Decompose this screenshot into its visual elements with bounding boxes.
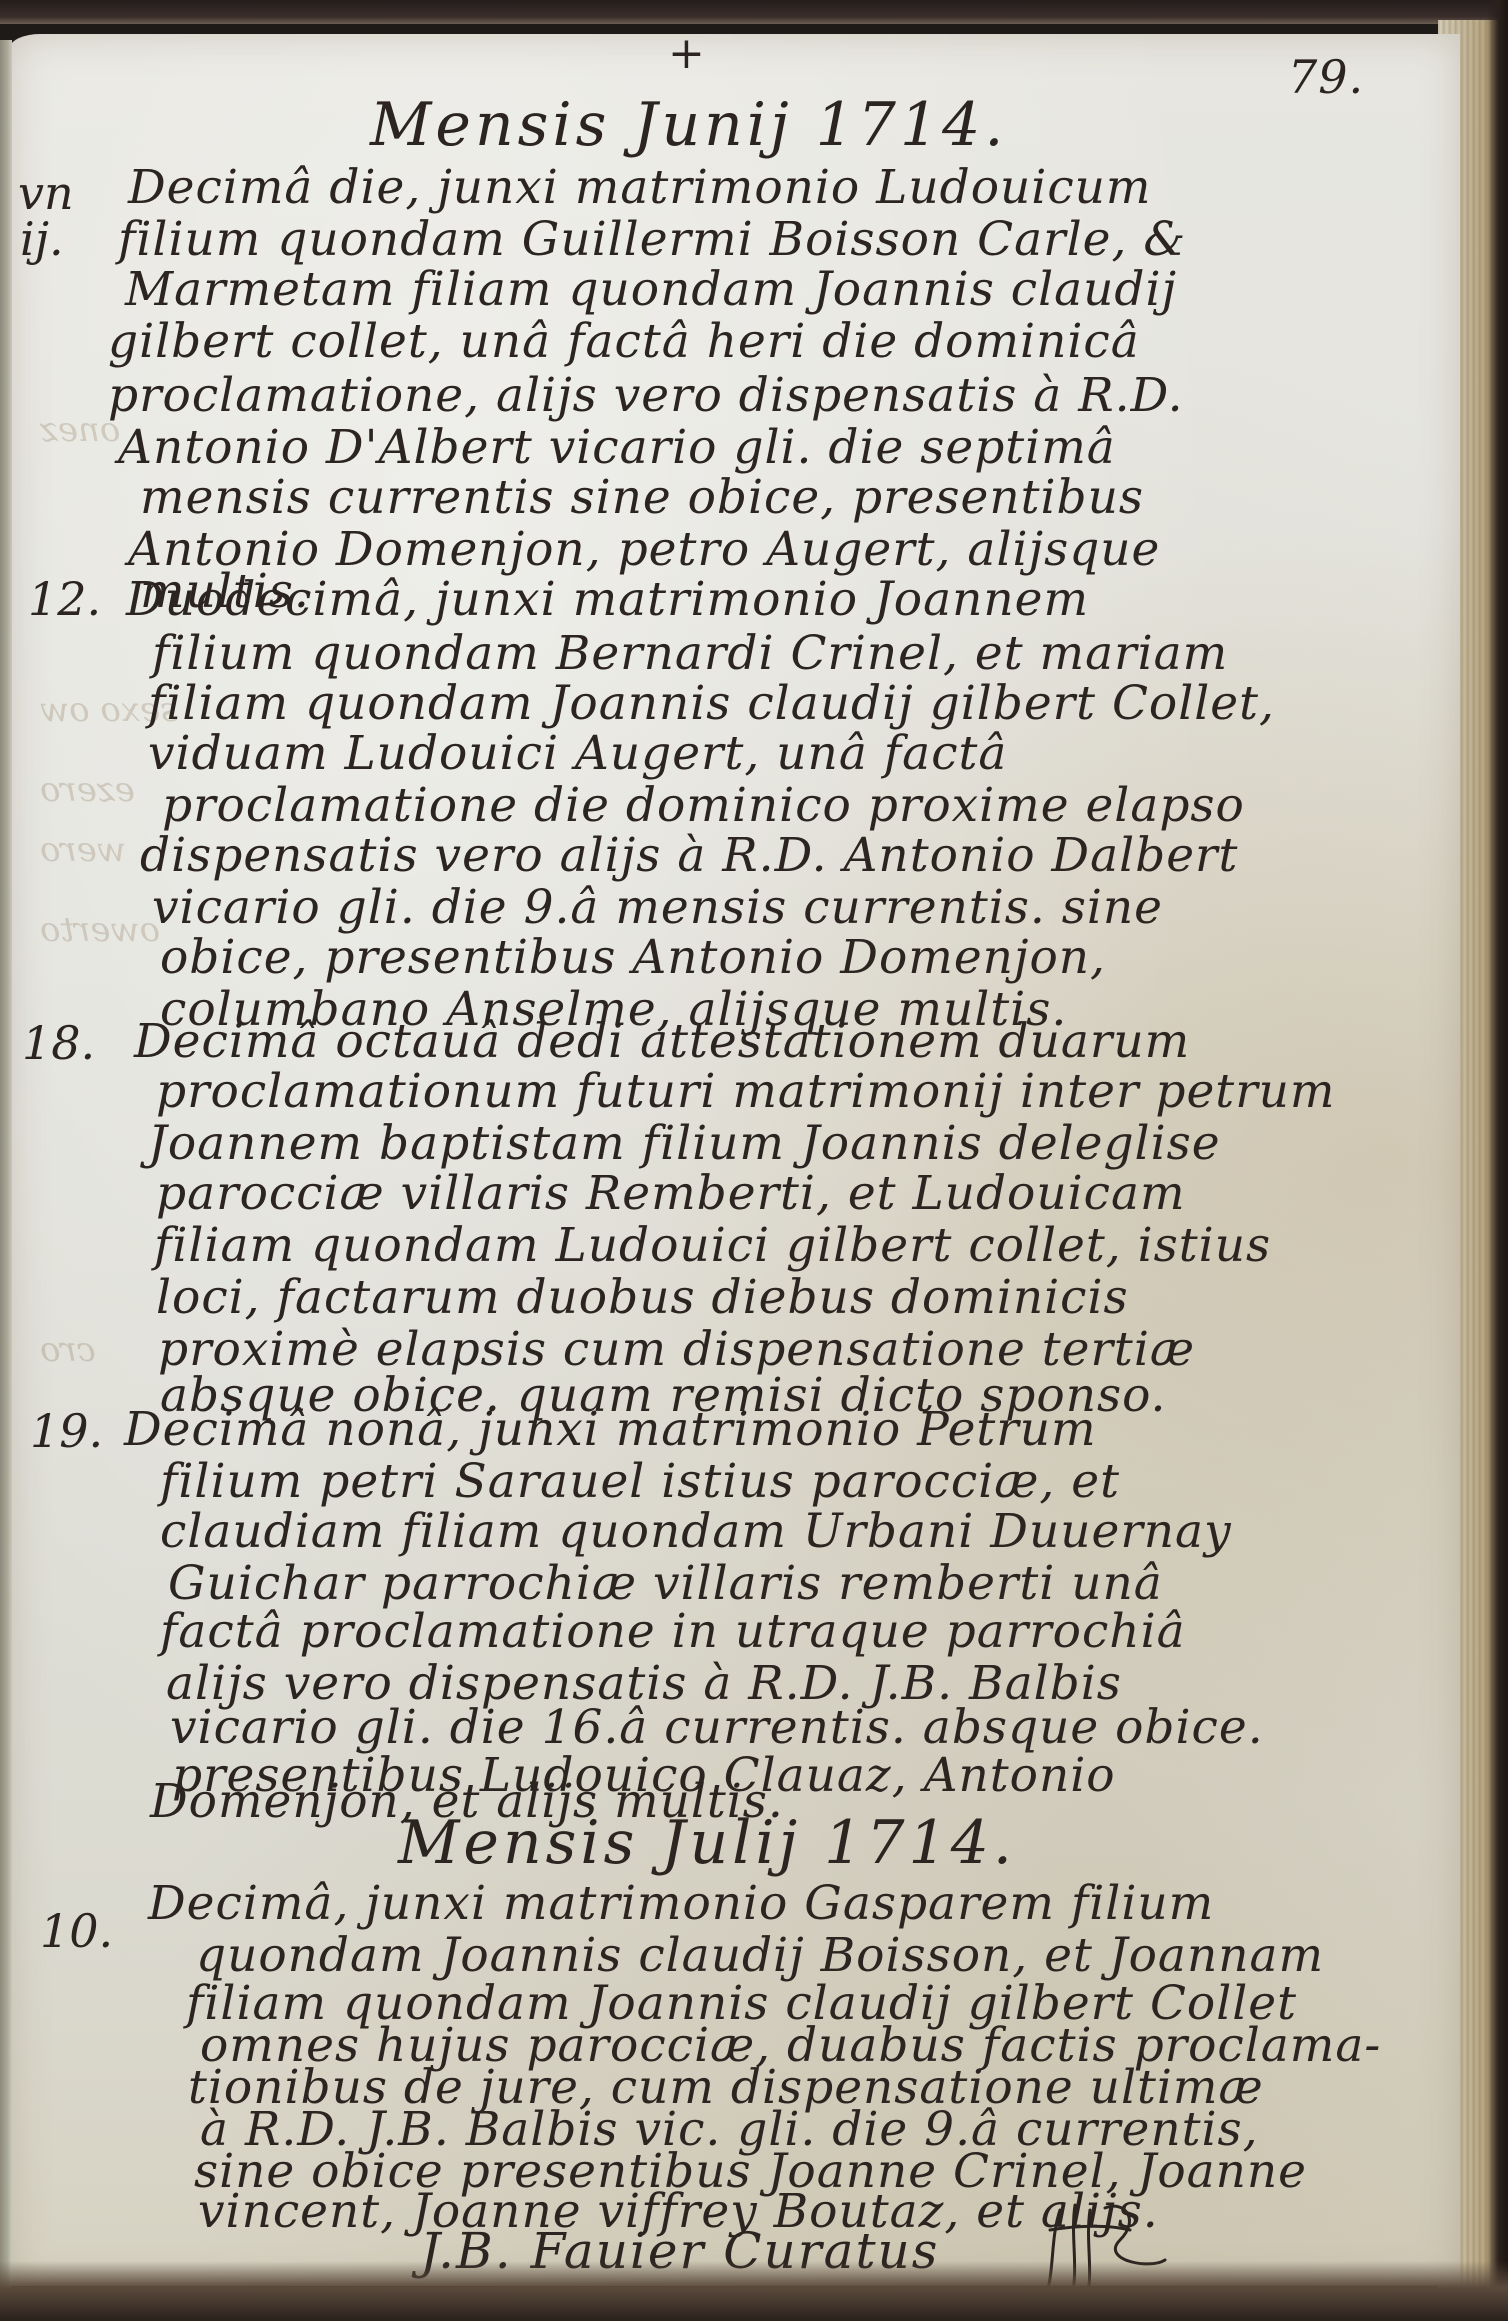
entry-line: Decimâ octauâ dedi attestationem duarum xyxy=(134,1018,1190,1065)
bleed-through-text: owerto xyxy=(40,910,160,950)
entry-margin-label: 18. xyxy=(22,1016,95,1070)
entry-line: proclamationum futuri matrimonij inter p… xyxy=(156,1068,1336,1115)
entry-line: obice, presentibus Antonio Domenjon, xyxy=(160,934,1106,981)
entry-line: proclamatione, alijs vero dispensatis à … xyxy=(108,372,1184,419)
bleed-through-text: cro xyxy=(40,1330,96,1370)
entry-line: Duodecimâ, junxi matrimonio Joannem xyxy=(126,576,1089,623)
manuscript-scan: onez sexo ow ezero wero owerto cro + 79.… xyxy=(0,0,1508,2321)
cross-mark: + xyxy=(668,28,706,79)
entry-margin-label: 19. xyxy=(30,1404,103,1458)
entry-line: quondam Joannis claudij Boisson, et Joan… xyxy=(196,1932,1324,1979)
entry-line: filium petri Sarauel istius parocciæ, et xyxy=(160,1458,1120,1505)
section-heading-june: Mensis Junij 1714. xyxy=(370,90,1007,160)
entry-line: Marmetam filiam quondam Joannis claudij xyxy=(125,266,1177,313)
entry-line: filiam quondam Joannis claudij gilbert C… xyxy=(148,680,1275,727)
entry-line: vicario gli. die 9.â mensis currentis. s… xyxy=(152,884,1163,931)
section-heading-july: Mensis Julij 1714. xyxy=(398,1808,1016,1878)
entry-line: filium quondam Guillermi Boisson Carle, … xyxy=(118,216,1186,263)
entry-line: gilbert collet, unâ factâ heri die domin… xyxy=(108,318,1140,365)
bleed-through-text: wero xyxy=(40,830,126,870)
entry-line: loci, factarum duobus diebus dominicis xyxy=(156,1274,1129,1321)
entry-line: dispensatis vero alijs à R.D. Antonio Da… xyxy=(140,832,1238,879)
left-page-edge xyxy=(0,40,12,2321)
entry-line: viduam Ludouici Augert, unâ factâ xyxy=(148,730,1007,777)
entry-line: Joannem baptistam filium Joannis delegli… xyxy=(148,1120,1221,1167)
entry-line: claudiam filiam quondam Urbani Duuernay xyxy=(160,1508,1232,1555)
entry-line: proclamatione die dominico proxime elaps… xyxy=(162,782,1245,829)
entry-line: filiam quondam Ludouici gilbert collet, … xyxy=(154,1222,1271,1269)
entry-line: parocciæ villaris Remberti, et Ludouicam xyxy=(156,1170,1186,1217)
right-shadow xyxy=(1486,0,1508,2321)
entry-line: proximè elapsis cum dispensatione tertiæ xyxy=(158,1326,1195,1373)
entry-line: factâ proclamatione in utraque parrochiâ xyxy=(160,1608,1186,1655)
binding-shadow xyxy=(0,0,1508,24)
entry-line: Decimâ die, junxi matrimonio Ludouicum xyxy=(128,164,1152,211)
torn-bottom-edge xyxy=(0,2261,1508,2321)
entry-line: Antonio D'Albert vicario gli. die septim… xyxy=(118,424,1116,471)
entry-line: filium quondam Bernardi Crinel, et maria… xyxy=(152,630,1228,677)
entry-margin-label: 12. xyxy=(28,572,101,626)
entry-margin-label: ij. xyxy=(20,212,64,266)
bleed-through-text: ezero xyxy=(40,770,135,810)
entry-line: Decimâ, junxi matrimonio Gasparem filium xyxy=(148,1880,1214,1927)
entry-line: vicario gli. die 16.â currentis. absque … xyxy=(170,1704,1264,1751)
page-number: 79. xyxy=(1288,50,1364,104)
entry-line: Guichar parrochiæ villaris remberti unâ xyxy=(168,1560,1163,1607)
entry-line: Decimâ nonâ, junxi matrimonio Petrum xyxy=(124,1406,1097,1453)
entry-margin-label: 10. xyxy=(40,1904,113,1958)
entry-line: mensis currentis sine obice, presentibus xyxy=(140,474,1144,521)
